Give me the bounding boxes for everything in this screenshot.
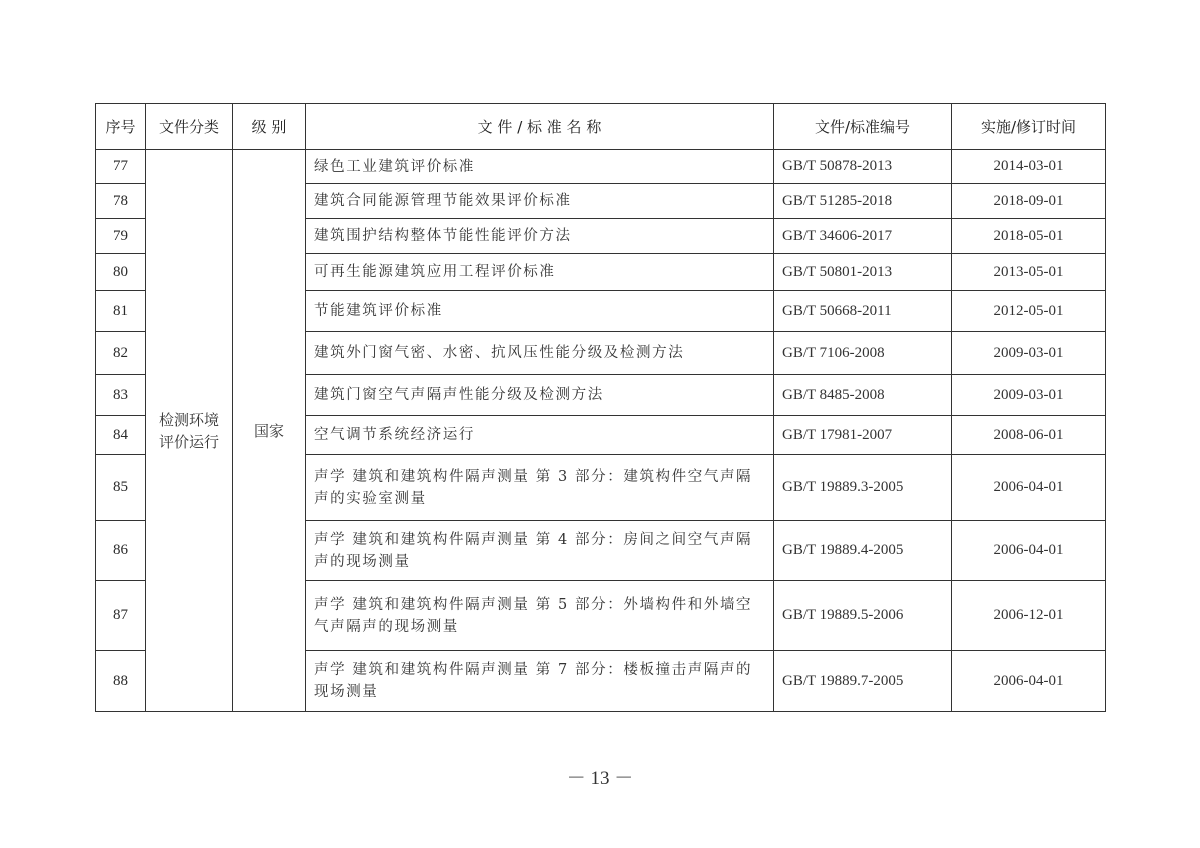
row-date: 2018-05-01 xyxy=(952,219,1106,254)
row-date: 2013-05-01 xyxy=(952,254,1106,291)
row-date: 2014-03-01 xyxy=(952,150,1106,184)
row-seq: 83 xyxy=(96,375,146,416)
row-code: GB/T 34606-2017 xyxy=(774,219,952,254)
row-code: GB/T 51285-2018 xyxy=(774,184,952,219)
header-category: 文件分类 xyxy=(146,104,233,150)
row-name: 声学 建筑和建筑构件隔声测量 第 3 部分：建筑构件空气声隔声的实验室测量 xyxy=(306,455,774,521)
row-name: 建筑围护结构整体节能性能评价方法 xyxy=(306,219,774,254)
row-date: 2012-05-01 xyxy=(952,291,1106,332)
row-name: 声学 建筑和建筑构件隔声测量 第 7 部分：楼板撞击声隔声的现场测量 xyxy=(306,651,774,712)
row-code: GB/T 50878-2013 xyxy=(774,150,952,184)
row-code: GB/T 19889.5-2006 xyxy=(774,581,952,651)
header-name: 文 件 / 标 准 名 称 xyxy=(306,104,774,150)
header-seq: 序号 xyxy=(96,104,146,150)
row-date: 2006-04-01 xyxy=(952,521,1106,581)
row-date: 2009-03-01 xyxy=(952,332,1106,375)
row-code: GB/T 19889.4-2005 xyxy=(774,521,952,581)
row-seq: 88 xyxy=(96,651,146,712)
row-code: GB/T 7106-2008 xyxy=(774,332,952,375)
row-code: GB/T 50668-2011 xyxy=(774,291,952,332)
row-name: 可再生能源建筑应用工程评价标准 xyxy=(306,254,774,291)
row-date: 2018-09-01 xyxy=(952,184,1106,219)
row-seq: 78 xyxy=(96,184,146,219)
page-number: － 13 － xyxy=(0,763,1200,790)
header-date: 实施/修订时间 xyxy=(952,104,1106,150)
row-date: 2009-03-01 xyxy=(952,375,1106,416)
row-name: 声学 建筑和建筑构件隔声测量 第 4 部分：房间之间空气声隔声的现场测量 xyxy=(306,521,774,581)
row-code: GB/T 19889.7-2005 xyxy=(774,651,952,712)
row-code: GB/T 17981-2007 xyxy=(774,416,952,455)
row-name: 绿色工业建筑评价标准 xyxy=(306,150,774,184)
row-seq: 87 xyxy=(96,581,146,651)
row-seq: 82 xyxy=(96,332,146,375)
row-seq: 86 xyxy=(96,521,146,581)
row-code: GB/T 8485-2008 xyxy=(774,375,952,416)
row-date: 2006-04-01 xyxy=(952,455,1106,521)
row-seq: 77 xyxy=(96,150,146,184)
row-name: 空气调节系统经济运行 xyxy=(306,416,774,455)
row-seq: 79 xyxy=(96,219,146,254)
row-name: 声学 建筑和建筑构件隔声测量 第 5 部分：外墙构件和外墙空气声隔声的现场测量 xyxy=(306,581,774,651)
row-date: 2006-04-01 xyxy=(952,651,1106,712)
row-code: GB/T 50801-2013 xyxy=(774,254,952,291)
row-date: 2008-06-01 xyxy=(952,416,1106,455)
header-row: 序号 文件分类 级 别 文 件 / 标 准 名 称 文件/标准编号 实施/修订时… xyxy=(96,104,1106,150)
row-name: 建筑外门窗气密、水密、抗风压性能分级及检测方法 xyxy=(306,332,774,375)
level-cell: 国家 xyxy=(233,150,306,712)
category-cell: 检测环境评价运行 xyxy=(146,150,233,712)
row-name: 建筑合同能源管理节能效果评价标准 xyxy=(306,184,774,219)
row-name: 节能建筑评价标准 xyxy=(306,291,774,332)
row-code: GB/T 19889.3-2005 xyxy=(774,455,952,521)
header-code: 文件/标准编号 xyxy=(774,104,952,150)
row-seq: 80 xyxy=(96,254,146,291)
standards-table: 序号 文件分类 级 别 文 件 / 标 准 名 称 文件/标准编号 实施/修订时… xyxy=(95,103,1106,712)
row-name: 建筑门窗空气声隔声性能分级及检测方法 xyxy=(306,375,774,416)
row-seq: 81 xyxy=(96,291,146,332)
table-row: 77 检测环境评价运行 国家 绿色工业建筑评价标准 GB/T 50878-201… xyxy=(96,150,1106,184)
row-date: 2006-12-01 xyxy=(952,581,1106,651)
row-seq: 85 xyxy=(96,455,146,521)
row-seq: 84 xyxy=(96,416,146,455)
header-level: 级 别 xyxy=(233,104,306,150)
